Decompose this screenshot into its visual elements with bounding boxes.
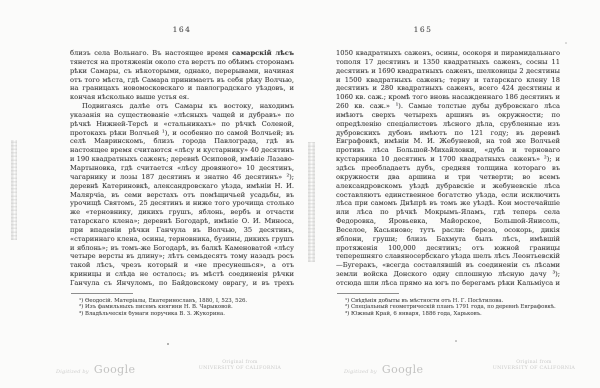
footnotes-left-page: ¹) Ѳеодосій. Матеріалы, Екатеринославъ, … bbox=[70, 298, 294, 317]
vertical-marginalia-gutter bbox=[308, 142, 315, 262]
scan-speck bbox=[565, 42, 567, 44]
google-logo-text: Google bbox=[382, 363, 424, 376]
page-number-right: 165 bbox=[311, 26, 535, 34]
footnote-separator-rule bbox=[337, 293, 399, 294]
library-name: UNIVERSITY OF CALIFORNIA bbox=[192, 366, 288, 372]
google-watermark-right-page: Digitized by Google bbox=[344, 358, 423, 377]
bold-phrase-samarskiy-les: самарскій лѣсъ bbox=[232, 49, 294, 57]
page-number-left: 164 bbox=[70, 26, 294, 34]
paragraph-continuation: близъ села Вольнаго. Въ настоящее время … bbox=[70, 49, 294, 102]
page-165: 165 1050 квадратныхъ саженъ, осины, осок… bbox=[336, 26, 560, 317]
page-164-body-text: близъ села Вольнаго. Въ настоящее время … bbox=[70, 49, 294, 288]
paragraph: Подвигаясь далѣе отъ Самары къ востоку, … bbox=[70, 102, 294, 288]
footnote-separator-rule bbox=[71, 293, 133, 294]
footnote: ³) Южный Край, 6 января, 1886 года, Харь… bbox=[336, 311, 560, 317]
vertical-marginalia-left-edge bbox=[11, 140, 17, 240]
body-text-run: близъ села Вольнаго. Въ настоящее время bbox=[70, 49, 232, 57]
scan-speck bbox=[455, 340, 457, 342]
library-stamp-left-page: Original from UNIVERSITY OF CALIFORNIA bbox=[192, 360, 288, 372]
google-watermark-left-page: Digitized by Google bbox=[56, 358, 135, 377]
footnote: ²) Спеціальный геометрическій планъ 1791… bbox=[336, 304, 560, 310]
google-logo-text: Google bbox=[94, 363, 136, 376]
footnotes-right-page: ¹) Свѣдѣнія добыты въ мѣстности отъ Н. Г… bbox=[336, 298, 560, 317]
library-stamp-right-page: Original from UNIVERSITY OF CALIFORNIA bbox=[482, 360, 586, 372]
scanned-book-spread: { "document": { "left_page": { "page_num… bbox=[0, 0, 600, 388]
footnote: ³) Владѣльческія бумаги поручика В. З. Ж… bbox=[70, 311, 294, 317]
page-164: 164 близъ села Вольнаго. Въ настоящее вр… bbox=[70, 26, 294, 317]
paragraph-continuation: 1050 квадратныхъ саженъ, осины, осокоря … bbox=[336, 49, 560, 288]
scan-speck bbox=[167, 343, 169, 345]
page-165-body-text: 1050 квадратныхъ саженъ, осины, осокоря … bbox=[336, 49, 560, 288]
digitized-by-label: Digitized by bbox=[344, 369, 377, 375]
library-name: UNIVERSITY OF CALIFORNIA bbox=[482, 366, 586, 372]
body-text-run: тянется на протяженіи около ста верстъ п… bbox=[70, 58, 294, 101]
digitized-by-label: Digitized by bbox=[56, 369, 89, 375]
